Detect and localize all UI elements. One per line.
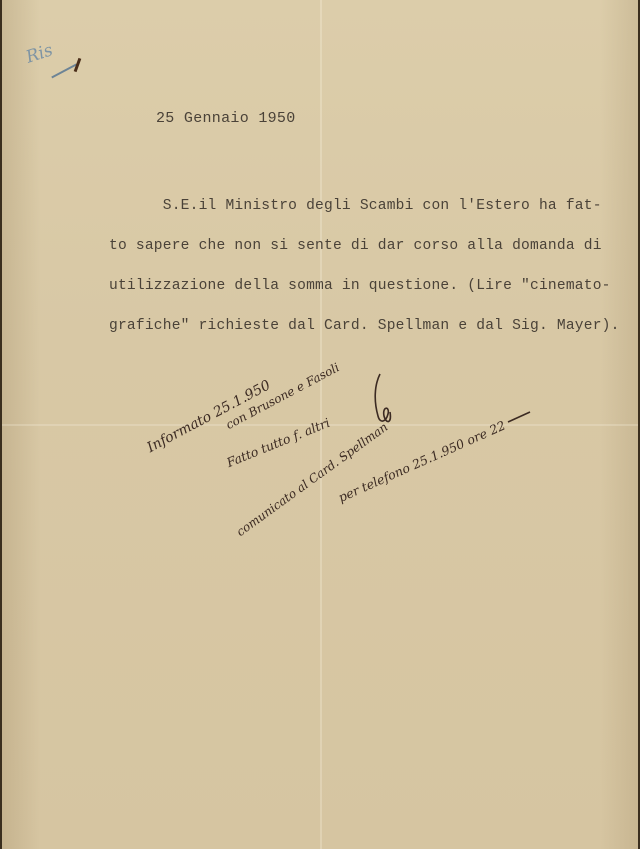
document-date: 25 Gennaio 1950 <box>156 110 296 127</box>
body-line: utilizzazione della somma in questione. … <box>109 266 609 306</box>
handwritten-note: per telefono 25.1.950 ore 22 <box>336 418 508 505</box>
document-body: S.E.il Ministro degli Scambi con l'Ester… <box>109 186 609 346</box>
underline-stroke-icon <box>506 408 534 424</box>
margin-note: Ris <box>24 40 56 67</box>
ink-mark <box>74 58 82 72</box>
signature-flourish-icon <box>370 372 396 432</box>
body-line: S.E.il Ministro degli Scambi con l'Ester… <box>109 186 609 226</box>
body-line: to sapere che non si sente di dar corso … <box>109 226 609 266</box>
body-line: grafiche" richieste dal Card. Spellman e… <box>109 306 609 346</box>
document-page: Ris 25 Gennaio 1950 S.E.il Ministro degl… <box>0 0 640 849</box>
